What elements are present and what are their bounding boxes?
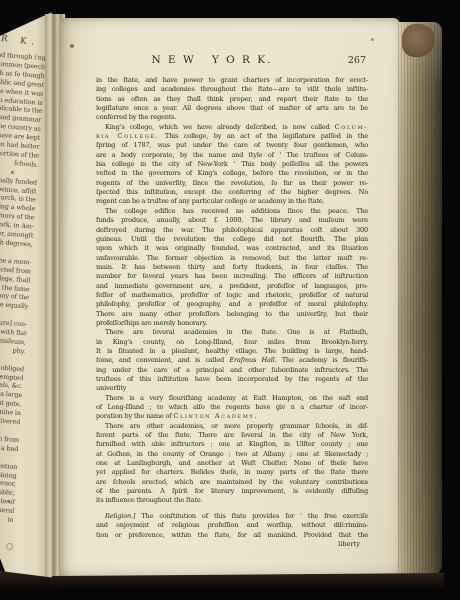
text-line: bia college in the city of New-York ' Th…	[96, 160, 368, 169]
text-line: univerſity	[96, 384, 368, 393]
text-line: one at Lanſingburgh, and another at Weſt…	[96, 459, 368, 468]
text-line: unfavourable. The former objection is re…	[96, 254, 368, 263]
text-line: main. It has between thirty and forty ſt…	[96, 263, 368, 272]
text-line: number for ſeveral years has been increa…	[96, 272, 368, 281]
press-figure-mark	[6, 543, 13, 550]
text-line: ſpring of 1787, was put under the care o…	[96, 141, 368, 150]
text-line: philoſophy, profeſſor of geography, and …	[96, 300, 368, 309]
text-line: funds produce, anually, about £ 1000. Th…	[96, 216, 368, 225]
text-line: King's college, which we have already de…	[96, 123, 368, 132]
text-line: regent can be a truſtee of any particula…	[96, 197, 368, 206]
text-line: and immediate government are, a preſiden…	[96, 282, 368, 291]
text-line: bia College. This college, by an act of …	[96, 132, 368, 141]
facing-page-text-fragments: m, and through i'ngn, our common ſpeecht…	[0, 38, 46, 525]
ink-speck	[7, 500, 10, 503]
text-line: in King's county, on Long-Iſland, four m…	[96, 338, 368, 347]
text-line: guineas. Until the revolution the colleg…	[96, 235, 368, 244]
text-line: It is ſituated in a pleaſant, healthy vi…	[96, 347, 368, 356]
text-line: Religion.] The conſtitution of this ſtat…	[96, 512, 368, 521]
book-photo: R K. m, and through i'ngn, our common ſp…	[0, 0, 460, 600]
text-line: ing under the care of a principal and ot…	[96, 366, 368, 375]
paragraph: King's college, which we have already de…	[96, 123, 368, 207]
text-line: at Goſhen, in the county of Orange ; two…	[96, 450, 368, 459]
catchword: liberty	[96, 540, 368, 550]
paragraph: There are other academies, or more prope…	[96, 422, 368, 506]
text-line: profeſſorſhips are merely honorary.	[96, 319, 368, 328]
text-line: are a body corporate, by the name and ſt…	[96, 151, 368, 160]
ink-speck	[11, 171, 14, 174]
facing-page-header-fragment: R K.	[1, 34, 40, 49]
text-line: poration by the name of Clinton Academy.	[96, 412, 368, 421]
text-line: deſtroyed during the war. The philoſophi…	[96, 226, 368, 235]
text-line: tion or preference, within the ſtate, fo…	[96, 531, 368, 540]
ink-speck	[371, 38, 374, 41]
text-line: and enjoyment of religious profeſſion an…	[96, 521, 368, 530]
text-line: There is a very flouriſhing academy at E…	[96, 394, 368, 403]
page-title: N E W Y O R K.	[96, 54, 328, 66]
text-line: veſted in the governors of King's colleg…	[96, 169, 368, 178]
text-line: yet applied for charters. Beſides theſe,…	[96, 468, 368, 477]
text-line: upon which it was originally founded, wa…	[96, 244, 368, 253]
text-line: regents of the univerſity, ſince the rev…	[96, 179, 368, 188]
text-line: legiſlature once a year. All degrees abo…	[96, 104, 368, 113]
body-text: in the ſtate, and have power to grant ch…	[96, 76, 368, 540]
text-line: There are other academies, or more prope…	[96, 422, 368, 431]
text-line: ſome, and convenient, and is called Eraſ…	[96, 356, 368, 365]
text-line: are ſchools erected, which are maintaine…	[96, 478, 368, 487]
text-line: The college edifice has received no addi…	[96, 207, 368, 216]
text-line: ing colleges and academies throughout th…	[96, 85, 368, 94]
text-line: of Long-Iſland ; to which alſo the regen…	[96, 403, 368, 412]
text-line: ferent parts of the ſtate. There are ſev…	[96, 431, 368, 440]
paragraph: in the ſtate, and have power to grant ch…	[96, 76, 368, 123]
ink-speck	[70, 44, 74, 48]
text-line: tions as often as they ſhall think prope…	[96, 95, 368, 104]
text-line: There are many other profeſſors belongin…	[96, 310, 368, 319]
paragraph: There are ſeveral academies in the ſtate…	[96, 328, 368, 393]
running-header: N E W Y O R K. 267	[96, 54, 368, 67]
text-line: its influence throughout the ſtate.	[96, 496, 368, 505]
book-page: N E W Y O R K. 267 in the ſtate, and hav…	[60, 18, 400, 578]
paragraph: Religion.] The conſtitution of this ſtat…	[96, 512, 368, 540]
fore-edge-pages	[398, 22, 442, 578]
text-line: There are ſeveral academies in the ſtate…	[96, 328, 368, 337]
text-line: feſſor of mathematics, profeſſor of logi…	[96, 291, 368, 300]
text-line: in the ſtate, and have power to grant ch…	[96, 76, 368, 85]
paragraph: There is a very flouriſhing academy at E…	[96, 394, 368, 422]
text-line: ſpected this inſtitution, except the con…	[96, 188, 368, 197]
text-line: conferred by the regents.	[96, 113, 368, 122]
text-line: furniſhed with able inſtructors ; one at…	[96, 440, 368, 449]
paragraph: The college edifice has received no addi…	[96, 207, 368, 328]
text-line: truſtees of this inſtitution have been i…	[96, 375, 368, 384]
page-number: 267	[348, 55, 366, 66]
text-line: of the parents. A ſpirit for literary im…	[96, 487, 368, 496]
